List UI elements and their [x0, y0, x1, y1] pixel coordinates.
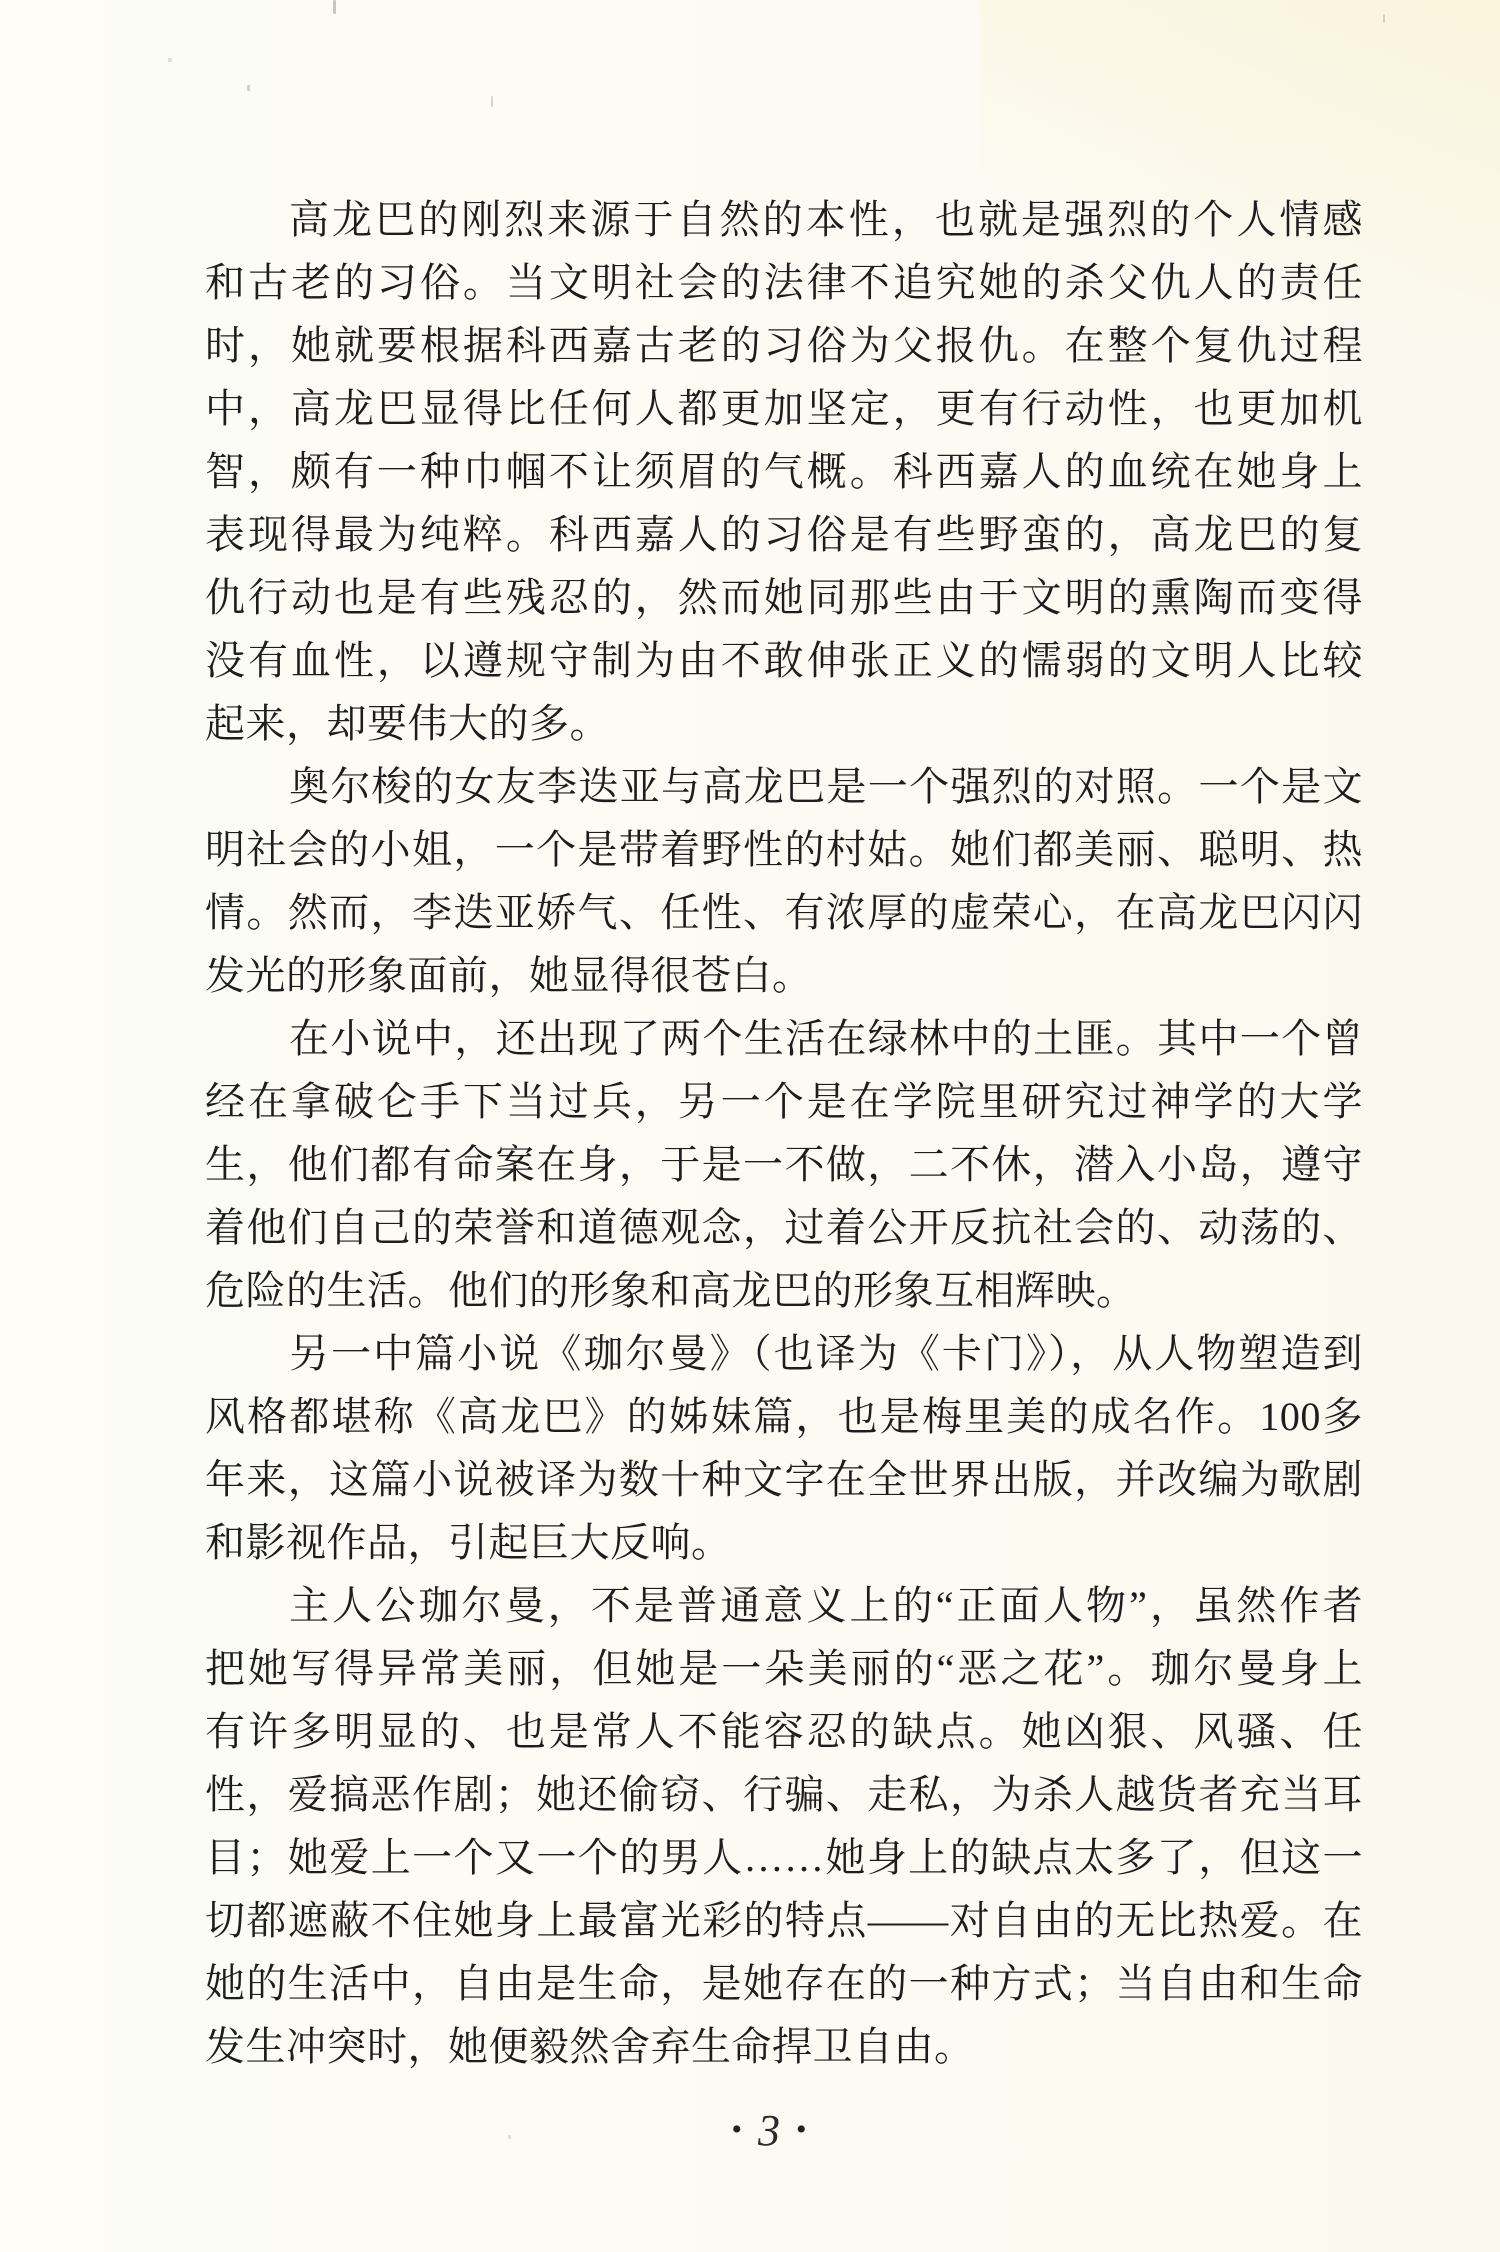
text-line: 仇行动也是有些残忍的，然而她同那些由于文明的熏陶而变得 [205, 566, 1363, 629]
text-line: 明社会的小姐，一个是带着野性的村姑。她们都美丽、聪明、热 [205, 818, 1363, 881]
text-line: 着他们自己的荣誉和道德观念，过着公开反抗社会的、动荡的、 [205, 1196, 1363, 1259]
scan-speck [333, 0, 336, 14]
text-line: 起来，却要伟大的多。 [205, 692, 1363, 755]
paragraph-1: 高龙巴的刚烈来源于自然的本性，也就是强烈的个人情感 和古老的习俗。当文明社会的法… [205, 188, 1363, 755]
text-line: 情。然而，李迭亚娇气、任性、有浓厚的虚荣心，在高龙巴闪闪 [205, 881, 1363, 944]
text-line: 性，爱搞恶作剧；她还偷窃、行骗、走私，为杀人越货者充当耳 [205, 1763, 1363, 1826]
text-line: 她的生活中，自由是生命，是她存在的一种方式；当自由和生命 [205, 1952, 1363, 2015]
text-line: 时，她就要根据科西嘉古老的习俗为父报仇。在整个复仇过程 [205, 314, 1363, 377]
text-line: 在小说中，还出现了两个生活在绿林中的土匪。其中一个曾 [205, 1007, 1363, 1070]
text-line: 智，颇有一种巾帼不让须眉的气概。科西嘉人的血统在她身上 [205, 440, 1363, 503]
text-line: 有许多明显的、也是常人不能容忍的缺点。她凶狠、风骚、任 [205, 1700, 1363, 1763]
text-line: 发光的形象面前，她显得很苍白。 [205, 944, 1363, 1007]
paragraph-4: 另一中篇小说《珈尔曼》（也译为《卡门》），从人物塑造到 风格都堪称《高龙巴》的姊… [205, 1322, 1363, 1574]
text-line: 没有血性，以遵规守制为由不敢伸张正义的懦弱的文明人比较 [205, 629, 1363, 692]
footer-dot-right: • [796, 2113, 807, 2146]
paragraph-5: 主人公珈尔曼，不是普通意义上的“正面人物”，虽然作者 把她写得异常美丽，但她是一… [205, 1574, 1363, 2078]
text-line: 把她写得异常美丽，但她是一朵美丽的“恶之花”。珈尔曼身上 [205, 1637, 1363, 1700]
paragraph-2: 奥尔梭的女友李迭亚与高龙巴是一个强烈的对照。一个是文 明社会的小姐，一个是带着野… [205, 755, 1363, 1007]
text-block: 高龙巴的刚烈来源于自然的本性，也就是强烈的个人情感 和古老的习俗。当文明社会的法… [205, 188, 1363, 2078]
page-footer: •3• [190, 2100, 1348, 2171]
text-line: 年来，这篇小说被译为数十种文字在全世界出版，并改编为歌剧 [205, 1448, 1363, 1511]
text-line: 和影视作品，引起巨大反响。 [205, 1511, 1363, 1574]
text-line: 和古老的习俗。当文明社会的法律不追究她的杀父仇人的责任 [205, 251, 1363, 314]
text-line: 目；她爱上一个又一个的男人……她身上的缺点太多了，但这一 [205, 1826, 1363, 1889]
text-line: 高龙巴的刚烈来源于自然的本性，也就是强烈的个人情感 [205, 188, 1363, 251]
scan-speck [491, 96, 493, 107]
text-line: 切都遮蔽不住她身上最富光彩的特点——对自由的无比热爱。在 [205, 1889, 1363, 1952]
text-line: 经在拿破仑手下当过兵，另一个是在学院里研究过神学的大学 [205, 1070, 1363, 1133]
text-line: 另一中篇小说《珈尔曼》（也译为《卡门》），从人物塑造到 [205, 1322, 1363, 1385]
paragraph-3: 在小说中，还出现了两个生活在绿林中的土匪。其中一个曾 经在拿破仑手下当过兵，另一… [205, 1007, 1363, 1322]
text-line: 中，高龙巴显得比任何人都更加坚定，更有行动性，也更加机 [205, 377, 1363, 440]
scan-speck [247, 85, 250, 91]
text-line: 表现得最为纯粹。科西嘉人的习俗是有些野蛮的，高龙巴的复 [205, 503, 1363, 566]
text-line: 危险的生活。他们的形象和高龙巴的形象互相辉映。 [205, 1259, 1363, 1322]
text-line: 主人公珈尔曼，不是普通意义上的“正面人物”，虽然作者 [205, 1574, 1363, 1637]
text-line: 奥尔梭的女友李迭亚与高龙巴是一个强烈的对照。一个是文 [205, 755, 1363, 818]
text-line: 生，他们都有命案在身，于是一不做，二不休，潜入小岛，遵守 [205, 1133, 1363, 1196]
text-line: 发生冲突时，她便毅然舍弃生命捍卫自由。 [205, 2015, 1363, 2078]
scanned-book-page: 高龙巴的刚烈来源于自然的本性，也就是强烈的个人情感 和古老的习俗。当文明社会的法… [0, 0, 1500, 2252]
text-line: 风格都堪称《高龙巴》的姊妹篇，也是梅里美的成名作。100多 [205, 1385, 1363, 1448]
footer-dot-left: • [731, 2113, 742, 2146]
scan-speck [1383, 14, 1385, 23]
scan-speck [168, 58, 172, 62]
page-number: 3 [758, 2106, 780, 2155]
